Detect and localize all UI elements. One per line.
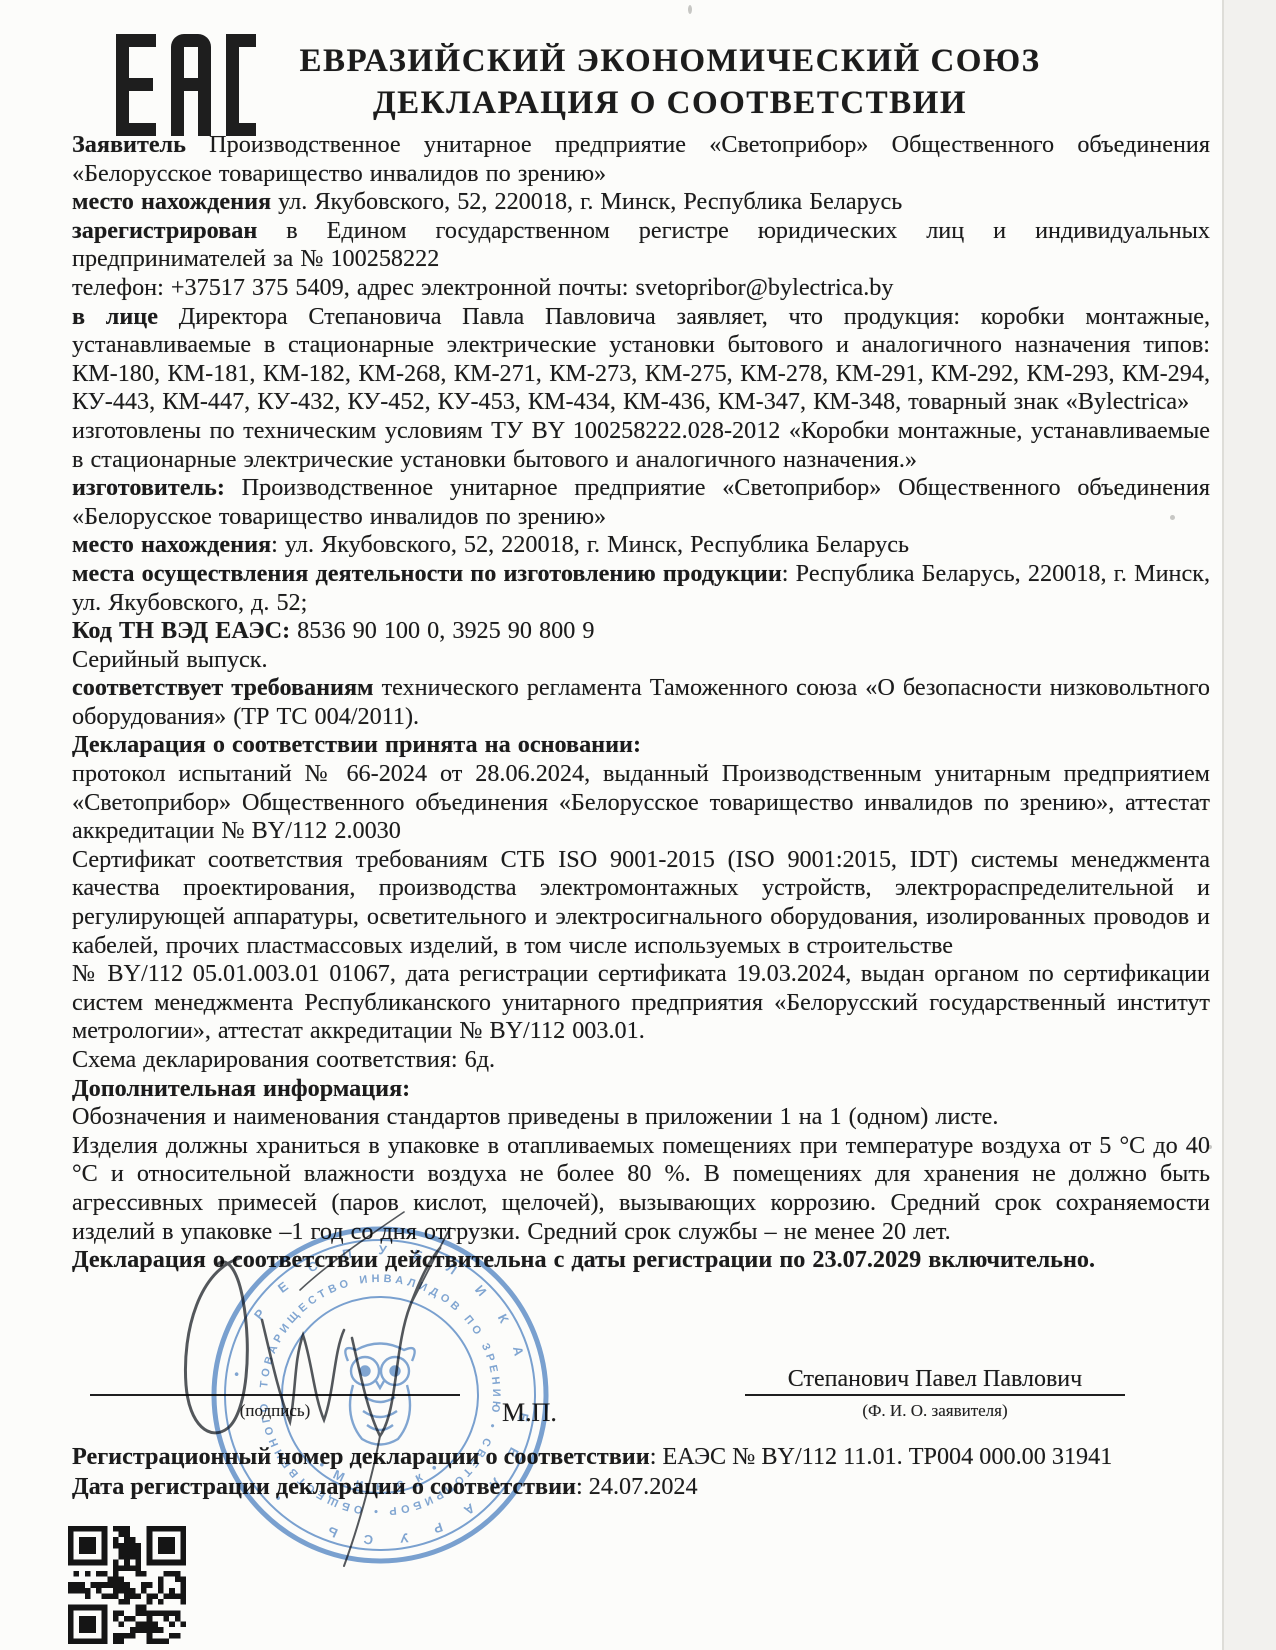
declaration-document: ЕВРАЗИЙСКИЙ ЭКОНОМИЧЕСКИЙ СОЮЗ ДЕКЛАРАЦИ… bbox=[0, 0, 1276, 1650]
paragraph-iso-certificate: Сертификат соответствия требованиям СТБ … bbox=[72, 846, 1210, 960]
paragraph-text: Производственное унитарное предприятие «… bbox=[72, 131, 1210, 187]
paragraph-label: зарегистрирован bbox=[72, 217, 257, 244]
paragraph-applicant: Заявитель Производственное унитарное пре… bbox=[72, 131, 1210, 188]
paragraph-text: Схема декларирования соответствия: 6д. bbox=[72, 1046, 495, 1073]
paragraph-label: в лице bbox=[72, 303, 158, 330]
paragraph-basis-heading: Декларация о соответствии принята на осн… bbox=[72, 731, 1210, 760]
paragraph-text: изготовлены по техническим условиям ТУ B… bbox=[72, 417, 1210, 473]
paragraph-label: Заявитель bbox=[72, 131, 186, 158]
paragraph-label: соответствует требованиям bbox=[72, 674, 374, 701]
paragraph-production-sites: места осуществления деятельности по изго… bbox=[72, 560, 1210, 617]
paragraph-registered: зарегистрирован в Едином государственном… bbox=[72, 217, 1210, 274]
paragraph-additional-heading: Дополнительная информация: bbox=[72, 1075, 1210, 1104]
scan-margin bbox=[1224, 0, 1276, 1650]
paragraph-text: : ул. Якубовского, 52, 220018, г. Минск,… bbox=[271, 531, 909, 558]
paragraph-label: место нахождения bbox=[72, 531, 271, 558]
declarant-caption: (Ф. И. О. заявителя) bbox=[745, 1401, 1125, 1421]
document-title: ДЕКЛАРАЦИЯ О СООТВЕТСТВИИ bbox=[270, 82, 1070, 124]
paragraph-certificate-number: № BY/112 05.01.003.01 01067, дата регист… bbox=[72, 960, 1210, 1046]
paragraph-products: в лице Директора Степановича Павла Павло… bbox=[72, 303, 1210, 417]
paragraph-label: Дополнительная информация: bbox=[72, 1075, 410, 1102]
paragraph-text: Директора Степановича Павла Павловича за… bbox=[72, 303, 1210, 416]
paragraph-label: места осуществления деятельности по изго… bbox=[72, 560, 782, 587]
scan-speck bbox=[688, 5, 692, 14]
paragraph-text: протокол испытаний № 66-2024 от 28.06.20… bbox=[72, 760, 1210, 844]
eac-logo-icon bbox=[116, 34, 256, 136]
paragraph-label: место нахождения bbox=[72, 188, 271, 215]
declaration-body: Заявитель Производственное унитарное пре… bbox=[72, 131, 1210, 1275]
paragraph-standards-annex: Обозначения и наименования стандартов пр… bbox=[72, 1103, 1210, 1132]
paragraph-text: 8536 90 100 0, 3925 90 800 9 bbox=[290, 617, 594, 644]
paragraph-text: телефон: +37517 375 5409, адрес электрон… bbox=[72, 274, 894, 301]
paragraph-complies: соответствует требованиям технического р… bbox=[72, 674, 1210, 731]
handwritten-signature bbox=[140, 1175, 620, 1595]
paragraph-text: Обозначения и наименования стандартов пр… bbox=[72, 1103, 998, 1130]
declarant-name: Степанович Павел Павлович bbox=[745, 1366, 1125, 1392]
paragraph-phone: телефон: +37517 375 5409, адрес электрон… bbox=[72, 274, 1210, 303]
paragraph-text: Сертификат соответствия требованиям СТБ … bbox=[72, 846, 1210, 959]
paragraph-manufacturer-address: место нахождения: ул. Якубовского, 52, 2… bbox=[72, 531, 1210, 560]
paragraph-text: Серийный выпуск. bbox=[72, 646, 268, 673]
scan-edge-line bbox=[1222, 0, 1224, 1650]
paragraph-scheme: Схема декларирования соответствия: 6д. bbox=[72, 1046, 1210, 1075]
paragraph-text: Производственное унитарное предприятие «… bbox=[72, 474, 1210, 530]
paragraph-made-under: изготовлены по техническим условиям ТУ B… bbox=[72, 417, 1210, 474]
paragraph-hs-code: Код ТН ВЭД ЕАЭС: 8536 90 100 0, 3925 90 … bbox=[72, 617, 1210, 646]
paragraph-manufacturer: изготовитель: Производственное унитарное… bbox=[72, 474, 1210, 531]
paragraph-test-protocol: протокол испытаний № 66-2024 от 28.06.20… bbox=[72, 760, 1210, 846]
paragraph-text: № BY/112 05.01.003.01 01067, дата регист… bbox=[72, 960, 1210, 1044]
paragraph-address: место нахождения ул. Якубовского, 52, 22… bbox=[72, 188, 1210, 217]
registration-number-value: : ЕАЭС № BY/112 11.01. ТР004 000.00 3194… bbox=[650, 1443, 1113, 1470]
union-title: ЕВРАЗИЙСКИЙ ЭКОНОМИЧЕСКИЙ СОЮЗ bbox=[270, 40, 1070, 82]
paragraph-label: Код ТН ВЭД ЕАЭС: bbox=[72, 617, 290, 644]
paragraph-serial: Серийный выпуск. bbox=[72, 646, 1210, 675]
paragraph-label: Декларация о соответствии принята на осн… bbox=[72, 731, 641, 758]
paragraph-label: изготовитель: bbox=[72, 474, 225, 501]
document-header: ЕВРАЗИЙСКИЙ ЭКОНОМИЧЕСКИЙ СОЮЗ ДЕКЛАРАЦИ… bbox=[270, 40, 1070, 124]
paragraph-text: ул. Якубовского, 52, 220018, г. Минск, Р… bbox=[271, 188, 902, 215]
declarant-name-line bbox=[745, 1394, 1125, 1396]
